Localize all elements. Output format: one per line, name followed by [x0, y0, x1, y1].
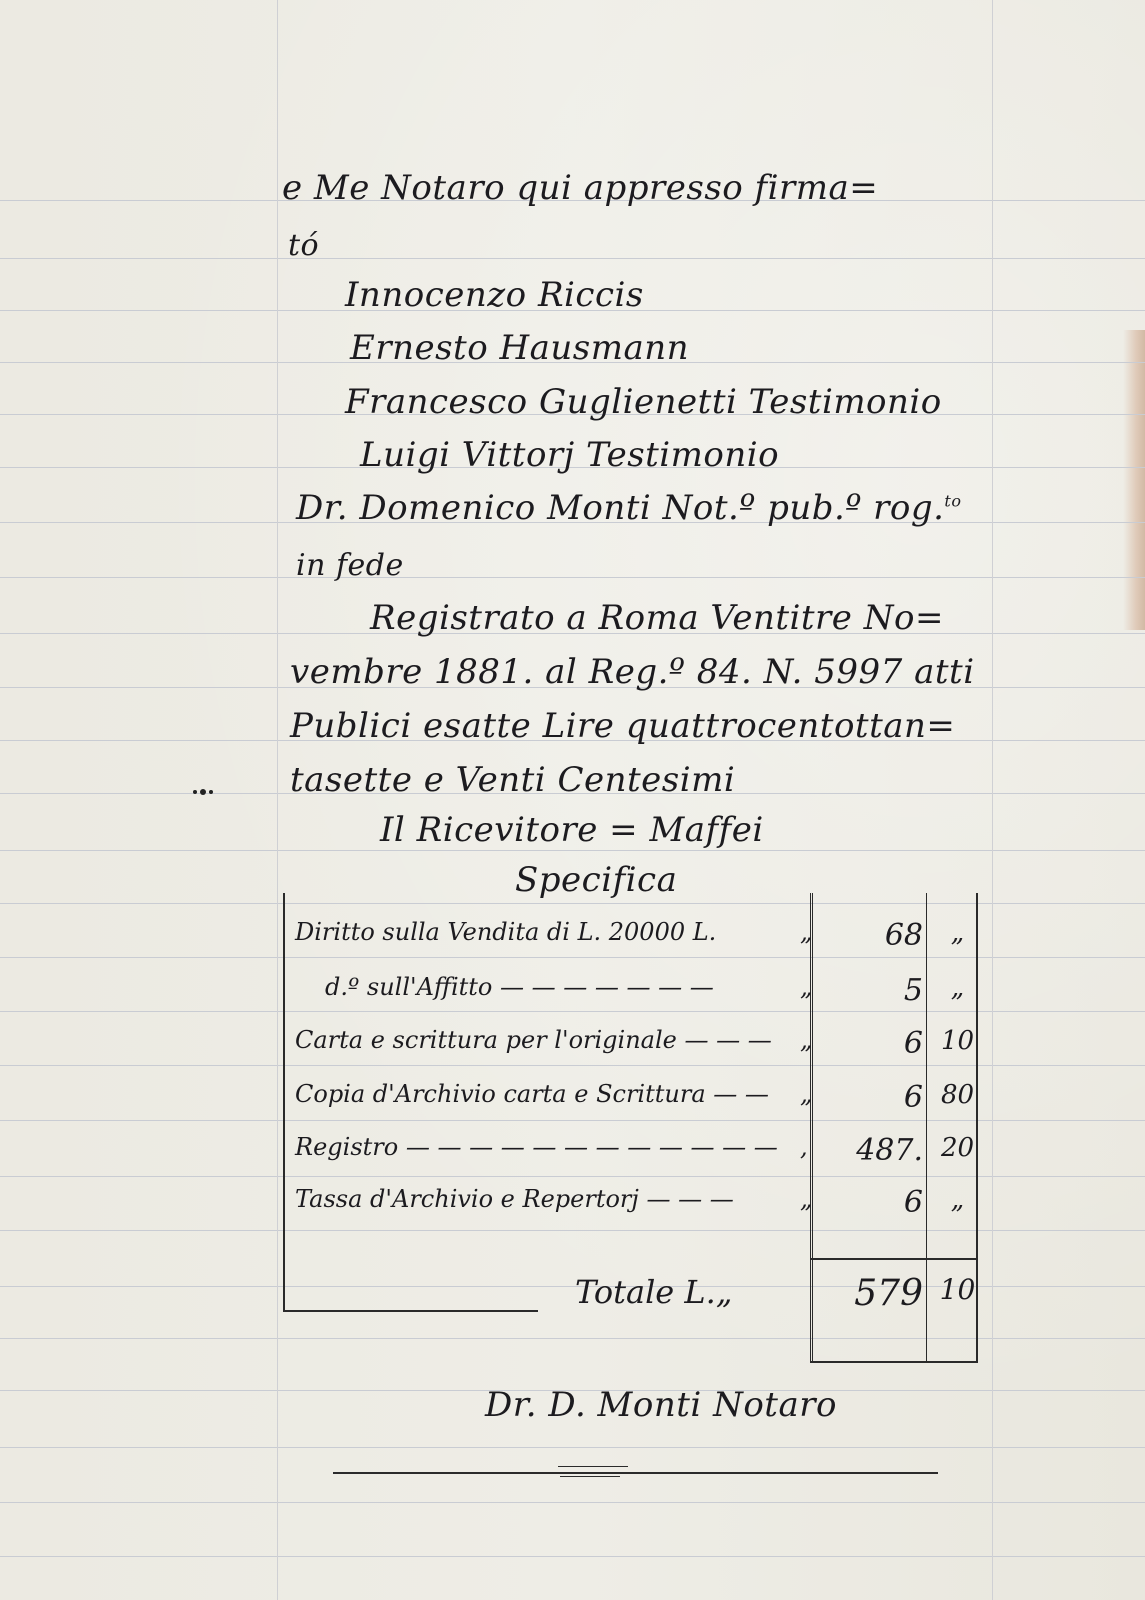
registration-line-2: vembre 1881. al Reg.º 84. N. 5997 atti [290, 652, 975, 692]
ruled-line [0, 1556, 1145, 1557]
row-lire: 6 [823, 1080, 923, 1115]
signatory-3: Francesco Guglienetti Testimonio [345, 382, 942, 422]
total-centesimi: 10 [935, 1273, 980, 1306]
table-row: Registro — — — — — — — — — — — — , 487. … [295, 1133, 975, 1173]
closing-rule-accent [558, 1466, 628, 1467]
total-label: Totale L.„ [575, 1273, 732, 1311]
table-border [283, 893, 285, 1311]
ruled-line [0, 850, 1145, 851]
notary-line: Dr. Domenico Monti Not.º pub.º rog.to [296, 488, 961, 528]
signatory-2: Ernesto Hausmann [350, 328, 689, 368]
table-row: d.º sull'Affitto — — — — — — — „ 5 „ [295, 973, 975, 1013]
signatory-1: Innocenzo Riccis [345, 275, 644, 315]
row-description: Tassa d'Archivio e Repertorj — — — [295, 1185, 734, 1213]
row-centesimi: 80 [935, 1080, 980, 1110]
table-row: Copia d'Archivio carta e Scrittura — — „… [295, 1080, 975, 1120]
table-row: Carta e scrittura per l'originale — — — … [295, 1026, 975, 1066]
in-fede: in fede [296, 548, 404, 583]
registration-line-1: Registrato a Roma Ventitre No= [370, 598, 944, 638]
ruled-line [0, 1447, 1145, 1448]
signatory-4: Luigi Vittorj Testimonio [360, 435, 779, 475]
row-lire: 68 [823, 918, 923, 953]
closing-rule-accent [560, 1476, 620, 1477]
registration-line-3: Publici esatte Lire quattrocentottan= [290, 706, 955, 746]
ruled-line [0, 1502, 1145, 1503]
text-line-1: e Me Notaro qui appresso firma= [282, 168, 878, 208]
closing-rule [333, 1472, 938, 1474]
signatory-name: Luigi Vittorj [360, 435, 575, 475]
row-lire: 5 [823, 973, 923, 1008]
row-lire: 6 [823, 1026, 923, 1061]
row-centesimi: 10 [935, 1026, 980, 1056]
signatory-role: Testimonio [586, 435, 779, 475]
row-centesimi: „ [935, 973, 980, 1003]
closing-signature: Dr. D. Monti Notaro [485, 1385, 837, 1425]
total-lire: 579 [823, 1273, 923, 1314]
row-description: Copia d'Archivio carta e Scrittura — — [295, 1080, 769, 1108]
row-description: Registro — — — — — — — — — — — — [295, 1133, 778, 1161]
table-border [810, 1258, 978, 1260]
table-row: Diritto sulla Vendita di L. 20000 L. „ 6… [295, 918, 975, 958]
row-centesimi: „ [935, 918, 980, 948]
margin-line-right [992, 0, 993, 1600]
ruled-line [0, 258, 1145, 259]
row-centesimi: 20 [935, 1133, 980, 1163]
signatory-role: Testimonio [749, 382, 942, 422]
ink-blot [193, 790, 215, 796]
row-lire: 487. [823, 1133, 923, 1168]
signatory-name: Francesco Guglienetti [345, 382, 737, 422]
specifica-table: Diritto sulla Vendita di L. 20000 L. „ 6… [283, 893, 978, 1363]
text-line-2: tó [288, 228, 319, 263]
row-description: Carta e scrittura per l'originale — — — [295, 1026, 772, 1054]
table-border [810, 1361, 978, 1363]
table-row: Tassa d'Archivio e Repertorj — — — „ 6 „ [295, 1185, 975, 1225]
receiver-line: Il Ricevitore = Maffei [380, 810, 764, 850]
signatory-name: Ernesto Hausmann [350, 328, 689, 368]
edge-stain [1123, 330, 1145, 630]
row-description: Diritto sulla Vendita di L. 20000 L. [295, 918, 716, 946]
row-centesimi: „ [935, 1185, 980, 1215]
margin-line-left [277, 0, 278, 1600]
row-description: d.º sull'Affitto — — — — — — — [325, 973, 714, 1001]
registration-line-4: tasette e Venti Centesimi [290, 760, 735, 800]
ruled-line [0, 577, 1145, 578]
row-lire: 6 [823, 1185, 923, 1220]
paper-page: e Me Notaro qui appresso firma= tó Innoc… [0, 0, 1145, 1600]
signatory-name: Innocenzo Riccis [345, 275, 644, 315]
total-row: Totale L.„ 579 10 [295, 1273, 975, 1323]
